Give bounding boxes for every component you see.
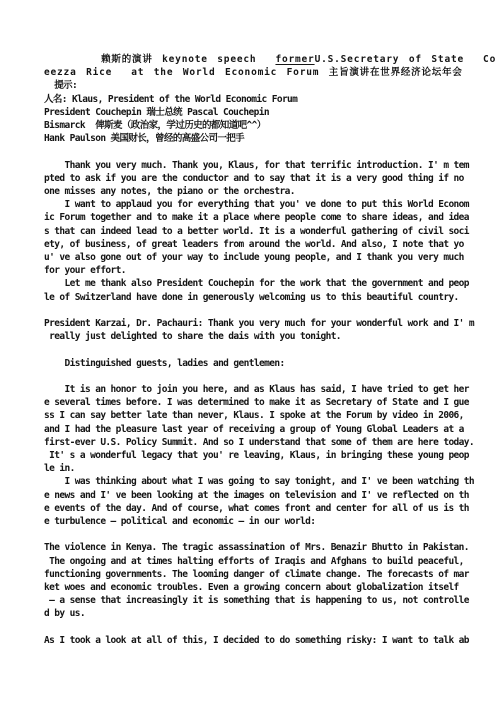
name-line-bismarck: Bismarck 俾斯麦（政治家，学过历史的都知道吧^^） <box>44 119 472 132</box>
paragraph-karzai-pachauri: President Karzai, Dr. Pachauri: Thank yo… <box>44 317 472 343</box>
document-page: 赖斯的演讲 keynote speech formerU.S.Secretary… <box>0 0 496 702</box>
hint-label: 提示: <box>44 79 472 92</box>
title-underlined-word: former <box>275 54 314 65</box>
paragraph-thank-you: Thank you very much. Thank you, Klaus, f… <box>44 159 472 199</box>
paragraph-risky: As I took a look at all of this, I decid… <box>44 634 472 647</box>
paragraph-distinguished-guests: Distinguished guests, ladies and gentlem… <box>44 357 472 370</box>
name-line-klaus: 人名: Klaus, President of the World Econom… <box>44 93 472 106</box>
paragraph-thinking-tonight: I was thinking about what I was going to… <box>44 475 472 528</box>
document-title: 赖斯的演讲 keynote speech formerU.S.Secretary… <box>44 53 472 79</box>
paragraph-honor-to-join: It is an honor to join you here, and as … <box>44 383 472 475</box>
paragraph-thank-couchepin: Let me thank also President Couchepin fo… <box>44 277 472 303</box>
paragraph-applaud: I want to applaud you for everything tha… <box>44 198 472 277</box>
name-line-couchepin: President Couchepin 瑞士总统 Pascal Couchepi… <box>44 106 472 119</box>
name-line-paulson: Hank Paulson 美国财长，曾经的高盛公司一把手 <box>44 132 472 145</box>
title-text-pre: 赖斯的演讲 keynote speech <box>44 54 275 65</box>
paragraph-violence-kenya: The violence in Kenya. The tragic assass… <box>44 541 472 620</box>
